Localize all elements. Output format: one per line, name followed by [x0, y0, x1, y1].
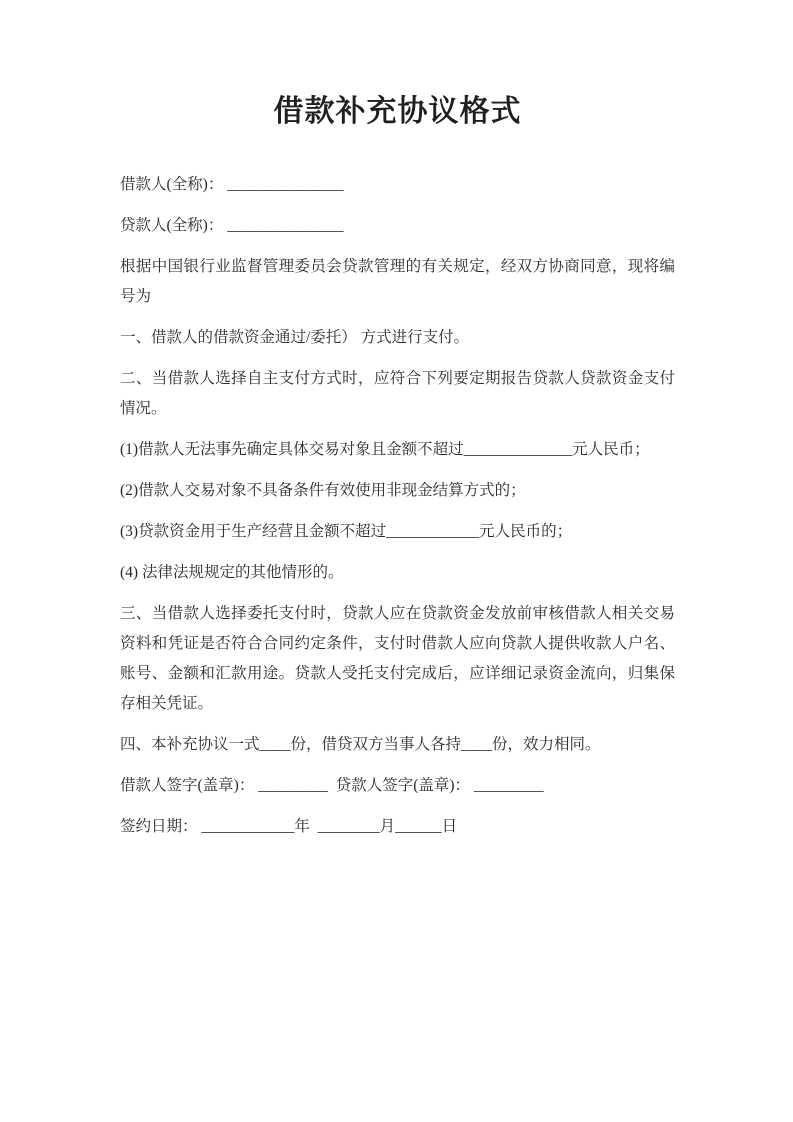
clause-1-payment-method: 一、借款人的借款资金通过/委托） 方式进行支付。 — [120, 323, 675, 353]
clause-2-item-1: (1)借款人无法事先确定具体交易对象且金额不超过______________元人… — [120, 435, 675, 465]
field-lender-name: 贷款人(全称)： _______________ — [120, 211, 675, 241]
page-title: 借款补充协议格式 — [120, 92, 675, 132]
field-borrower-name: 借款人(全称)： _______________ — [120, 170, 675, 200]
clause-2-item-2: (2)借款人交易对象不具备条件有效使用非现金结算方式的； — [120, 476, 675, 506]
clause-4-copies: 四、本补充协议一式____份，借贷双方当事人各持____份，效力相同。 — [120, 730, 675, 760]
document-page: 借款补充协议格式 借款人(全称)： _______________ 贷款人(全称… — [0, 0, 793, 1122]
clause-3-entrusted-payment: 三、当借款人选择委托支付时，贷款人应在贷款资金发放前审核借款人相关交易资料和凭证… — [120, 599, 675, 719]
clause-2-item-3: (3)贷款资金用于生产经营且金额不超过____________元人民币的； — [120, 517, 675, 547]
clause-2-self-payment: 二、当借款人选择自主支付方式时，应符合下列要定期报告贷款人贷款资金支付情况。 — [120, 364, 675, 424]
date-line: 签约日期： ____________年 ________月______日 — [120, 812, 675, 842]
paragraph-preamble: 根据中国银行业监督管理委员会贷款管理的有关规定，经双方协商同意，现将编号为 — [120, 252, 675, 312]
clause-2-item-4: (4) 法律法规规定的其他情形的。 — [120, 558, 675, 588]
signature-line: 借款人签字(盖章)： _________ 贷款人签字(盖章)： ________… — [120, 771, 675, 801]
